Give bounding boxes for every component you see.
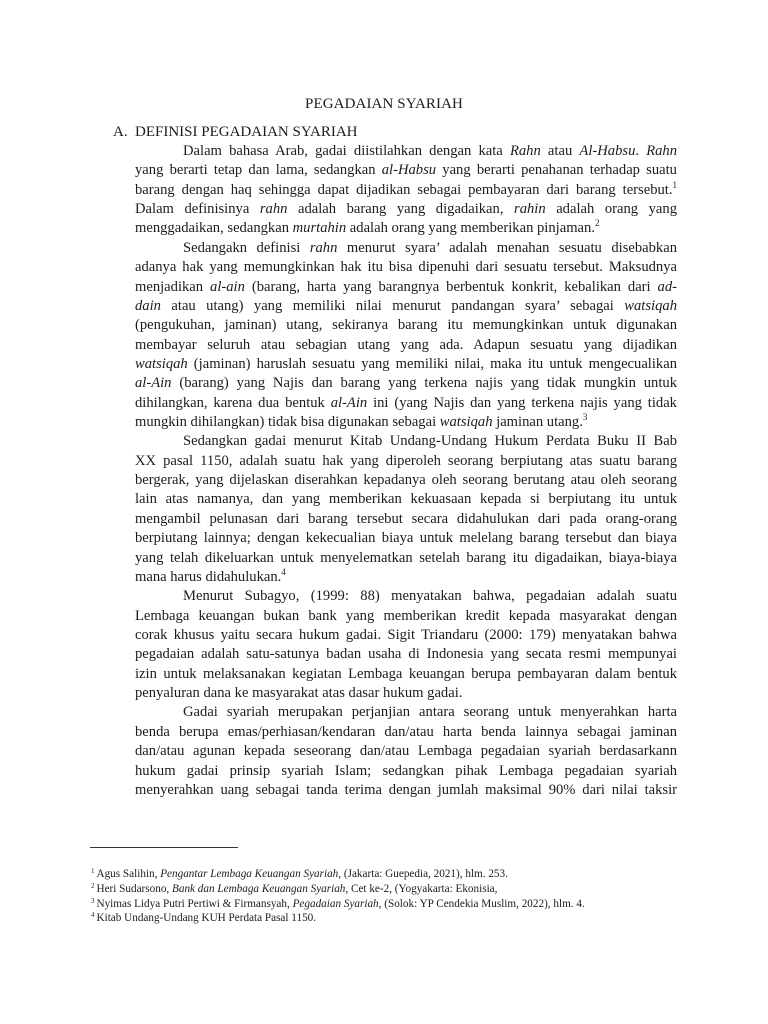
italic-term: Pegadaian Syariah, bbox=[293, 898, 382, 910]
text-line: dan/atau agunan kepada seseorang dan/ata… bbox=[135, 742, 677, 761]
footnote-ref: 4 bbox=[281, 567, 286, 577]
italic-term: Rahn bbox=[646, 143, 677, 159]
text-line: menyerahkan uang sebagai tanda terima de… bbox=[135, 781, 677, 800]
text-run: Sedangakn definisi bbox=[183, 240, 310, 256]
text-run: atau bbox=[541, 143, 580, 159]
text-run: barang dengan haq sehingga dapat dijadik… bbox=[135, 182, 673, 198]
text-run: Nyimas Lidya Putri Pertiwi & Firmansyah, bbox=[97, 898, 293, 910]
text-run: adalah orang yang bbox=[546, 201, 677, 217]
text-run: penyaluran dana ke masyarakat atas dasar… bbox=[135, 685, 462, 701]
text-line: membayar seluruh atau sebagian utang yan… bbox=[135, 336, 677, 355]
text-run: Kitab Undang-Undang KUH Perdata Pasal 11… bbox=[97, 912, 317, 924]
footnote-separator bbox=[90, 847, 238, 848]
text-run: Menurut Subagyo, (1999: 88) menyatakan b… bbox=[183, 588, 677, 604]
italic-term: al-Ain bbox=[135, 375, 171, 391]
text-run: adanya hak yang memungkinkan hak itu bis… bbox=[135, 259, 677, 275]
text-line: Gadai syariah merupakan perjanjian antar… bbox=[135, 703, 677, 722]
text-run: mengambil pelunasan dari barang tersebut… bbox=[135, 511, 677, 527]
text-run: hukum gadai prinsip syariah Islam; sedan… bbox=[135, 763, 677, 779]
text-line: benda berupa emas/perhiasan/kendaran dan… bbox=[135, 723, 677, 742]
text-line: yang telah dikeluarkan untuk menyelematk… bbox=[135, 549, 677, 568]
text-run: menyerahkan uang sebagai tanda terima de… bbox=[135, 782, 677, 798]
text-run: (barang) yang Najis dan barang yang terk… bbox=[171, 375, 677, 391]
text-run: Agus Salihin, bbox=[97, 868, 161, 880]
text-line: dihilangkan, karena dua bentuk al-Ain in… bbox=[135, 394, 677, 413]
text-line: hukum gadai prinsip syariah Islam; sedan… bbox=[135, 762, 677, 781]
footnote-3: 3Nyimas Lidya Putri Pertiwi & Firmansyah… bbox=[91, 897, 691, 912]
text-run: adalah barang yang digadaikan, bbox=[287, 201, 514, 217]
text-run: Heri Sudarsono, bbox=[97, 883, 173, 895]
text-line: pegadaian adalah satu-satunya badan usah… bbox=[135, 645, 677, 664]
text-run: adalah orang yang memberikan pinjaman. bbox=[346, 220, 595, 236]
italic-term: Bank dan Lembaga Keuangan Syariah, bbox=[172, 883, 348, 895]
text-line: Lembaga keuangan bukan bank yang memberi… bbox=[135, 607, 677, 626]
text-line: Sedangkan gadai menurut Kitab Undang-Und… bbox=[135, 432, 677, 451]
text-run: benda berupa emas/perhiasan/kendaran dan… bbox=[135, 724, 677, 740]
italic-term: rahin bbox=[514, 201, 546, 217]
text-run: Cet ke-2, (Yogyakarta: Ekonisia, bbox=[348, 883, 497, 895]
text-run: menurut syara’ adalah menahan sesuatu di… bbox=[337, 240, 677, 256]
text-run: pegadaian adalah satu-satunya badan usah… bbox=[135, 646, 677, 662]
text-run: yang berarti penahanan terhadap suatu bbox=[436, 162, 677, 178]
text-run: dan/atau agunan kepada seseorang dan/ata… bbox=[135, 743, 677, 759]
italic-term: watsiqah bbox=[624, 298, 677, 314]
text-line: bergerak, yang dijelaskan diserahkan kep… bbox=[135, 471, 677, 490]
text-line: penyaluran dana ke masyarakat atas dasar… bbox=[135, 684, 677, 703]
footnote-ref: 2 bbox=[595, 218, 600, 228]
text-run: Dalam definisinya bbox=[135, 201, 260, 217]
text-line: adanya hak yang memungkinkan hak itu bis… bbox=[135, 258, 677, 277]
body-text: Dalam bahasa Arab, gadai diistilahkan de… bbox=[135, 142, 677, 800]
text-line: mungkin dihilangkan) tidak bisa digunaka… bbox=[135, 413, 677, 432]
text-run: atau utang) yang memiliki nilai menurut … bbox=[161, 298, 624, 314]
footnote-ref: 3 bbox=[583, 412, 588, 422]
text-line: Sedangakn definisi rahn menurut syara’ a… bbox=[135, 239, 677, 258]
text-run: (Solok: YP Cendekia Muslim, 2022), hlm. … bbox=[381, 898, 584, 910]
italic-term: Al-Habsu bbox=[579, 143, 635, 159]
text-line: barang dengan haq sehingga dapat dijadik… bbox=[135, 181, 677, 200]
text-run: dihilangkan, karena dua bentuk bbox=[135, 395, 331, 411]
italic-term: ad- bbox=[658, 279, 677, 295]
text-run: ini (yang Najis dan yang terkena najis y… bbox=[367, 395, 677, 411]
text-line: mengambil pelunasan dari barang tersebut… bbox=[135, 510, 677, 529]
section-heading: A.DEFINISI PEGADAIAN SYARIAH bbox=[113, 122, 677, 142]
text-run: menggadaikan, sedangkan bbox=[135, 220, 293, 236]
page-title: PEGADAIAN SYARIAH bbox=[0, 94, 768, 114]
text-run: corak khusus yaitu secara hukum gadai. S… bbox=[135, 627, 677, 643]
text-run: (jaminan) haruslah sesuatu yang memiliki… bbox=[188, 356, 677, 372]
text-line: berpiutang lainnya; dengan kekecualian b… bbox=[135, 529, 677, 548]
text-line: mana harus didahulukan.4 bbox=[135, 568, 677, 587]
text-run: (Jakarta: Guepedia, 2021), hlm. 253. bbox=[341, 868, 508, 880]
italic-term: dain bbox=[135, 298, 161, 314]
text-line: yang berarti tetap dan lama, sedangkan a… bbox=[135, 161, 677, 180]
italic-term: watsiqah bbox=[135, 356, 188, 372]
text-run: bergerak, yang dijelaskan diserahkan kep… bbox=[135, 472, 677, 488]
footnote-1: 1Agus Salihin, Pengantar Lembaga Keuanga… bbox=[91, 867, 691, 882]
section-number: A. bbox=[113, 122, 135, 142]
footnote-2: 2Heri Sudarsono, Bank dan Lembaga Keuang… bbox=[91, 882, 691, 897]
text-line: Menurut Subagyo, (1999: 88) menyatakan b… bbox=[135, 587, 677, 606]
italic-term: rahn bbox=[260, 201, 288, 217]
text-run: jaminan utang. bbox=[493, 414, 583, 430]
text-line: izin untuk melaksanakan kegiatan Lembaga… bbox=[135, 665, 677, 684]
footnotes: 1Agus Salihin, Pengantar Lembaga Keuanga… bbox=[91, 867, 691, 926]
text-run: menjadikan bbox=[135, 279, 210, 295]
text-run: Sedangkan gadai menurut Kitab Undang-Und… bbox=[183, 433, 677, 449]
text-run: mana harus didahulukan. bbox=[135, 569, 281, 585]
text-run: (pengukuhan, jaminan) utang, sekiranya b… bbox=[135, 317, 677, 333]
text-run: berpiutang lainnya; dengan kekecualian b… bbox=[135, 530, 677, 546]
text-line: watsiqah (jaminan) haruslah sesuatu yang… bbox=[135, 355, 677, 374]
text-line: lain atas namanya, dan yang memberikan k… bbox=[135, 490, 677, 509]
text-run: (barang, harta yang barangnya berbentuk … bbox=[245, 279, 658, 295]
italic-term: murtahin bbox=[293, 220, 347, 236]
text-run: XX pasal 1150, adalah suatu hak yang dip… bbox=[135, 453, 677, 469]
italic-term: rahn bbox=[310, 240, 338, 256]
text-run: izin untuk melaksanakan kegiatan Lembaga… bbox=[135, 666, 677, 682]
italic-term: Pengantar Lembaga Keuangan Syariah, bbox=[160, 868, 341, 880]
text-line: dain atau utang) yang memiliki nilai men… bbox=[135, 297, 677, 316]
text-run: yang berarti tetap dan lama, sedangkan bbox=[135, 162, 382, 178]
text-line: (pengukuhan, jaminan) utang, sekiranya b… bbox=[135, 316, 677, 335]
section-heading-text: DEFINISI PEGADAIAN SYARIAH bbox=[135, 124, 358, 140]
text-run: membayar seluruh atau sebagian utang yan… bbox=[135, 337, 677, 353]
text-run: Lembaga keuangan bukan bank yang memberi… bbox=[135, 608, 677, 624]
document-page: PEGADAIAN SYARIAH A.DEFINISI PEGADAIAN S… bbox=[0, 0, 768, 1024]
italic-term: watsiqah bbox=[440, 414, 493, 430]
text-line: menjadikan al-ain (barang, harta yang ba… bbox=[135, 278, 677, 297]
text-line: menggadaikan, sedangkan murtahin adalah … bbox=[135, 219, 677, 238]
text-run: Gadai syariah merupakan perjanjian antar… bbox=[183, 704, 677, 720]
italic-term: Rahn bbox=[510, 143, 541, 159]
text-run: . bbox=[635, 143, 646, 159]
text-line: XX pasal 1150, adalah suatu hak yang dip… bbox=[135, 452, 677, 471]
text-line: corak khusus yaitu secara hukum gadai. S… bbox=[135, 626, 677, 645]
text-line: Dalam bahasa Arab, gadai diistilahkan de… bbox=[135, 142, 677, 161]
footnote-number: 1 bbox=[91, 867, 95, 875]
footnote-number: 2 bbox=[91, 882, 95, 890]
text-line: al-Ain (barang) yang Najis dan barang ya… bbox=[135, 374, 677, 393]
text-run: mungkin dihilangkan) tidak bisa digunaka… bbox=[135, 414, 440, 430]
text-run: Dalam bahasa Arab, gadai diistilahkan de… bbox=[183, 143, 510, 159]
italic-term: al-Ain bbox=[331, 395, 367, 411]
footnote-4: 4Kitab Undang-Undang KUH Perdata Pasal 1… bbox=[91, 911, 691, 926]
italic-term: al-Habsu bbox=[382, 162, 436, 178]
footnote-number: 3 bbox=[91, 897, 95, 905]
text-run: lain atas namanya, dan yang memberikan k… bbox=[135, 491, 677, 507]
text-line: Dalam definisinya rahn adalah barang yan… bbox=[135, 200, 677, 219]
text-run: yang telah dikeluarkan untuk menyelematk… bbox=[135, 550, 677, 566]
footnote-number: 4 bbox=[91, 911, 95, 919]
italic-term: al-ain bbox=[210, 279, 245, 295]
footnote-ref: 1 bbox=[673, 180, 678, 190]
